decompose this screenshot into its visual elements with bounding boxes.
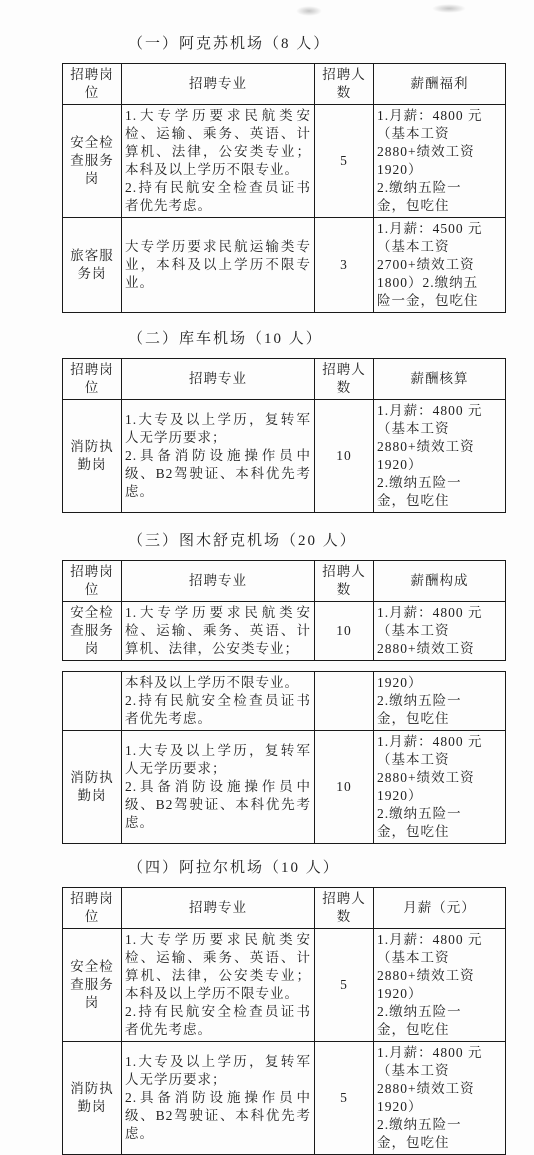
major-cell: 1.大专学历要求民航类安检、运输、乘务、英语、计算机、法律，公安类专业；本科及以… [122,929,315,1042]
salary-cell: 1.月薪：4800 元 （基本工资 2880+绩效工资 1920） 2.缴纳五险… [374,929,506,1042]
header-count: 招聘人数 [315,561,374,602]
count-cell [315,672,374,731]
recruitment-table-alar: 招聘岗位 招聘专业 招聘人数 月薪（元） 安全检查服务岗 1.大专学历要求民航类… [62,887,506,1155]
table-row: 消防执勤岗 1.大专及以上学历，复转军人无学历要求； 2.具备消防设施操作员中级… [63,1042,506,1155]
salary-cell: 1.月薪：4500 元 （基本工资 2700+绩效工资 1800）2.缴纳五 险… [374,218,506,313]
header-major: 招聘专业 [122,561,315,602]
position-cell: 安全检查服务岗 [63,105,122,218]
salary-cell: 1.月薪：4800 元 （基本工资 2880+绩效工资 1920） 2.缴纳五险… [374,105,506,218]
major-cell: 1.大专及以上学历，复转军人无学历要求； 2.具备消防设施操作员中级、B2驾驶证… [122,731,315,844]
major-cell: 大专学历要求民航运输类专业，本科及以上学历不限专业。 [122,218,315,313]
table-row: 消防执勤岗 1.大专及以上学历，复转军人无学历要求； 2.具备消防设施操作员中级… [63,400,506,513]
count-cell: 10 [315,602,374,661]
header-salary: 薪酬核算 [374,359,506,400]
header-count: 招聘人数 [315,359,374,400]
position-cell: 消防执勤岗 [63,731,122,844]
count-cell: 10 [315,400,374,513]
section-title-kuche: （二）库车机场（10 人） [128,329,534,349]
header-salary: 薪酬构成 [374,561,506,602]
header-major: 招聘专业 [122,64,315,105]
major-cell: 1.大专学历要求民航类安检、运输、乘务、英语、计算机、法律，公安类专业； [122,602,315,661]
table-row: 本科及以上学历不限专业。 2.持有民航安全检查员证书者优先考虑。 1920） 2… [63,672,506,731]
table-header-row: 招聘岗位 招聘专业 招聘人数 薪酬核算 [63,359,506,400]
position-cell [63,672,122,731]
table-header-row: 招聘岗位 招聘专业 招聘人数 薪酬福利 [63,64,506,105]
header-position: 招聘岗位 [63,888,122,929]
document-page: （一）阿克苏机场（8 人） 招聘岗位 招聘专业 招聘人数 薪酬福利 安全检查服务… [0,0,534,1155]
section-title-tumushuke: （三）图木舒克机场（20 人） [128,531,534,551]
header-position: 招聘岗位 [63,561,122,602]
section-title-alar: （四）阿拉尔机场（10 人） [128,858,534,878]
salary-cell: 1.月薪：4800 元 （基本工资 2880+绩效工资 [374,602,506,661]
header-position: 招聘岗位 [63,64,122,105]
table-header-row: 招聘岗位 招聘专业 招聘人数 月薪（元） [63,888,506,929]
count-cell: 3 [315,218,374,313]
recruitment-table-tumushuke-part2: 本科及以上学历不限专业。 2.持有民航安全检查员证书者优先考虑。 1920） 2… [62,671,506,844]
header-count: 招聘人数 [315,888,374,929]
recruitment-table-tumushuke-part1: 招聘岗位 招聘专业 招聘人数 薪酬构成 安全检查服务岗 1.大专学历要求民航类安… [62,560,506,661]
table-row: 安全检查服务岗 1.大专学历要求民航类安检、运输、乘务、英语、计算机、法律，公安… [63,105,506,218]
major-cell: 1.大专及以上学历，复转军人无学历要求； 2.具备消防设施操作员中级、B2驾驶证… [122,400,315,513]
major-cell: 本科及以上学历不限专业。 2.持有民航安全检查员证书者优先考虑。 [122,672,315,731]
header-major: 招聘专业 [122,359,315,400]
salary-cell: 1920） 2.缴纳五险一 金，包吃住 [374,672,506,731]
table-row: 安全检查服务岗 1.大专学历要求民航类安检、运输、乘务、英语、计算机、法律，公安… [63,929,506,1042]
major-cell: 1.大专及以上学历，复转军人无学历要求； 2.具备消防设施操作员中级、B2驾驶证… [122,1042,315,1155]
header-position: 招聘岗位 [63,359,122,400]
count-cell: 5 [315,1042,374,1155]
table-row: 安全检查服务岗 1.大专学历要求民航类安检、运输、乘务、英语、计算机、法律，公安… [63,602,506,661]
page-break-gap [0,661,534,671]
major-cell: 1.大专学历要求民航类安检、运输、乘务、英语、计算机、法律，公安类专业；本科及以… [122,105,315,218]
position-cell: 安全检查服务岗 [63,929,122,1042]
recruitment-table-kuche: 招聘岗位 招聘专业 招聘人数 薪酬核算 消防执勤岗 1.大专及以上学历，复转军人… [62,358,506,513]
count-cell: 5 [315,105,374,218]
salary-cell: 1.月薪：4800 元 （基本工资 2880+绩效工资 1920） 2.缴纳五险… [374,1042,506,1155]
header-salary: 月薪（元） [374,888,506,929]
scan-artifact [296,6,322,16]
salary-cell: 1.月薪：4800 元 （基本工资 2880+绩效工资 1920） 2.缴纳五险… [374,731,506,844]
salary-cell: 1.月薪：4800 元 （基本工资 2880+绩效工资 1920） 2.缴纳五险… [374,400,506,513]
position-cell: 旅客服务岗 [63,218,122,313]
position-cell: 消防执勤岗 [63,400,122,513]
header-major: 招聘专业 [122,888,315,929]
recruitment-table-aksu: 招聘岗位 招聘专业 招聘人数 薪酬福利 安全检查服务岗 1.大专学历要求民航类安… [62,63,506,313]
header-count: 招聘人数 [315,64,374,105]
table-header-row: 招聘岗位 招聘专业 招聘人数 薪酬构成 [63,561,506,602]
count-cell: 10 [315,731,374,844]
section-title-aksu: （一）阿克苏机场（8 人） [128,34,534,54]
table-row: 旅客服务岗 大专学历要求民航运输类专业，本科及以上学历不限专业。 3 1.月薪：… [63,218,506,313]
position-cell: 消防执勤岗 [63,1042,122,1155]
table-row: 消防执勤岗 1.大专及以上学历，复转军人无学历要求； 2.具备消防设施操作员中级… [63,731,506,844]
count-cell: 5 [315,929,374,1042]
position-cell: 安全检查服务岗 [63,602,122,661]
header-salary: 薪酬福利 [374,64,506,105]
scan-artifact [432,4,466,13]
